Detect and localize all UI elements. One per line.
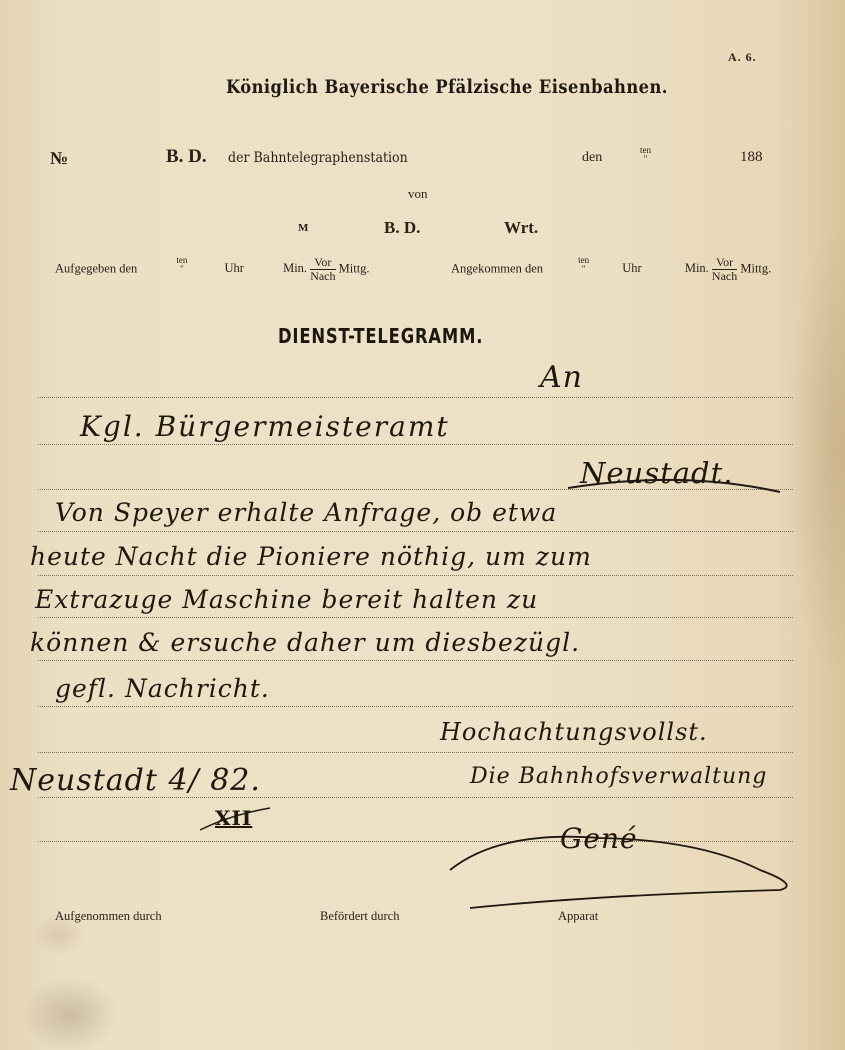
ink-flourishes (0, 0, 845, 1050)
apparatus-label: Apparat (558, 909, 598, 924)
received-by-label: Aufgenommen durch (55, 909, 162, 924)
telegram-form: A. 6. Königlich Bayerische Pfälzische Ei… (0, 0, 845, 1050)
forwarded-by-label: Befördert durch (320, 909, 399, 924)
